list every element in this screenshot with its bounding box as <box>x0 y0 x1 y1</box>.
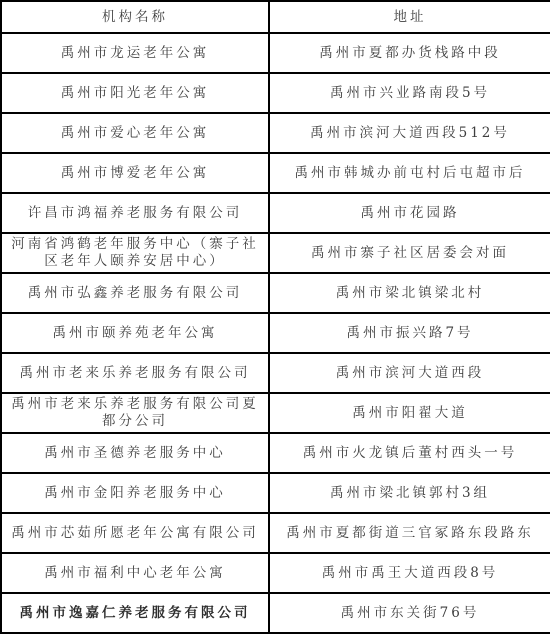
institution-name-cell: 禹州市颐养苑老年公寓 <box>1 313 269 353</box>
institution-name-cell: 河南省鸿鹤老年服务中心（寨子社区老年人颐养安居中心） <box>1 233 269 273</box>
address-cell: 禹州市夏都街道三官冢路东段路东 <box>269 513 550 553</box>
institution-name-cell: 禹州市老来乐养老服务有限公司 <box>1 353 269 393</box>
table-row: 禹州市老来乐养老服务有限公司禹州市滨河大道西段 <box>1 353 550 393</box>
institution-name-cell: 禹州市弘鑫养老服务有限公司 <box>1 273 269 313</box>
table-row: 禹州市老来乐养老服务有限公司夏都分公司禹州市阳翟大道 <box>1 393 550 433</box>
table-row: 禹州市博爱老年公寓禹州市韩城办前屯村后屯超市后 <box>1 153 550 193</box>
institution-name-cell: 禹州市龙运老年公寓 <box>1 33 269 73</box>
table-row: 禹州市阳光老年公寓禹州市兴业路南段5号 <box>1 73 550 113</box>
table-row: 许昌市鸿福养老服务有限公司禹州市花园路 <box>1 193 550 233</box>
institution-name-cell: 禹州市博爱老年公寓 <box>1 153 269 193</box>
institution-name-cell: 禹州市阳光老年公寓 <box>1 73 269 113</box>
address-cell: 禹州市梁北镇郭村3组 <box>269 473 550 513</box>
table-row: 禹州市圣德养老服务中心禹州市火龙镇后董村西头一号 <box>1 433 550 473</box>
institution-name-cell: 禹州市逸嘉仁养老服务有限公司 <box>1 593 269 633</box>
institution-name-cell: 禹州市爱心老年公寓 <box>1 113 269 153</box>
institution-name-cell: 禹州市芯茹所愿老年公寓有限公司 <box>1 513 269 553</box>
table-header-row: 机构名称 地址 <box>1 1 550 33</box>
table-row: 河南省鸿鹤老年服务中心（寨子社区老年人颐养安居中心）禹州市寨子社区居委会对面 <box>1 233 550 273</box>
institution-name-cell: 禹州市老来乐养老服务有限公司夏都分公司 <box>1 393 269 433</box>
address-cell: 禹州市滨河大道西段 <box>269 353 550 393</box>
institution-name-cell: 禹州市圣德养老服务中心 <box>1 433 269 473</box>
address-cell: 禹州市韩城办前屯村后屯超市后 <box>269 153 550 193</box>
table-row: 禹州市颐养苑老年公寓禹州市振兴路7号 <box>1 313 550 353</box>
address-cell: 禹州市火龙镇后董村西头一号 <box>269 433 550 473</box>
column-header-address: 地址 <box>269 1 550 33</box>
table-row: 禹州市龙运老年公寓禹州市夏都办货栈路中段 <box>1 33 550 73</box>
table-row: 禹州市弘鑫养老服务有限公司禹州市梁北镇梁北村 <box>1 273 550 313</box>
institution-name-cell: 禹州市金阳养老服务中心 <box>1 473 269 513</box>
column-header-name: 机构名称 <box>1 1 269 33</box>
address-cell: 禹州市禹王大道西段8号 <box>269 553 550 593</box>
table-row: 禹州市芯茹所愿老年公寓有限公司禹州市夏都街道三官冢路东段路东 <box>1 513 550 553</box>
address-cell: 禹州市滨河大道西段512号 <box>269 113 550 153</box>
address-cell: 禹州市花园路 <box>269 193 550 233</box>
institution-name-cell: 许昌市鸿福养老服务有限公司 <box>1 193 269 233</box>
table-row: 禹州市逸嘉仁养老服务有限公司禹州市东关街76号 <box>1 593 550 633</box>
address-cell: 禹州市寨子社区居委会对面 <box>269 233 550 273</box>
table-row: 禹州市福利中心老年公寓禹州市禹王大道西段8号 <box>1 553 550 593</box>
table-row: 禹州市爱心老年公寓禹州市滨河大道西段512号 <box>1 113 550 153</box>
address-cell: 禹州市振兴路7号 <box>269 313 550 353</box>
address-cell: 禹州市梁北镇梁北村 <box>269 273 550 313</box>
institution-name-cell: 禹州市福利中心老年公寓 <box>1 553 269 593</box>
address-cell: 禹州市东关街76号 <box>269 593 550 633</box>
institutions-table: 机构名称 地址 禹州市龙运老年公寓禹州市夏都办货栈路中段禹州市阳光老年公寓禹州市… <box>0 0 550 634</box>
address-cell: 禹州市阳翟大道 <box>269 393 550 433</box>
table-row: 禹州市金阳养老服务中心禹州市梁北镇郭村3组 <box>1 473 550 513</box>
address-cell: 禹州市夏都办货栈路中段 <box>269 33 550 73</box>
address-cell: 禹州市兴业路南段5号 <box>269 73 550 113</box>
